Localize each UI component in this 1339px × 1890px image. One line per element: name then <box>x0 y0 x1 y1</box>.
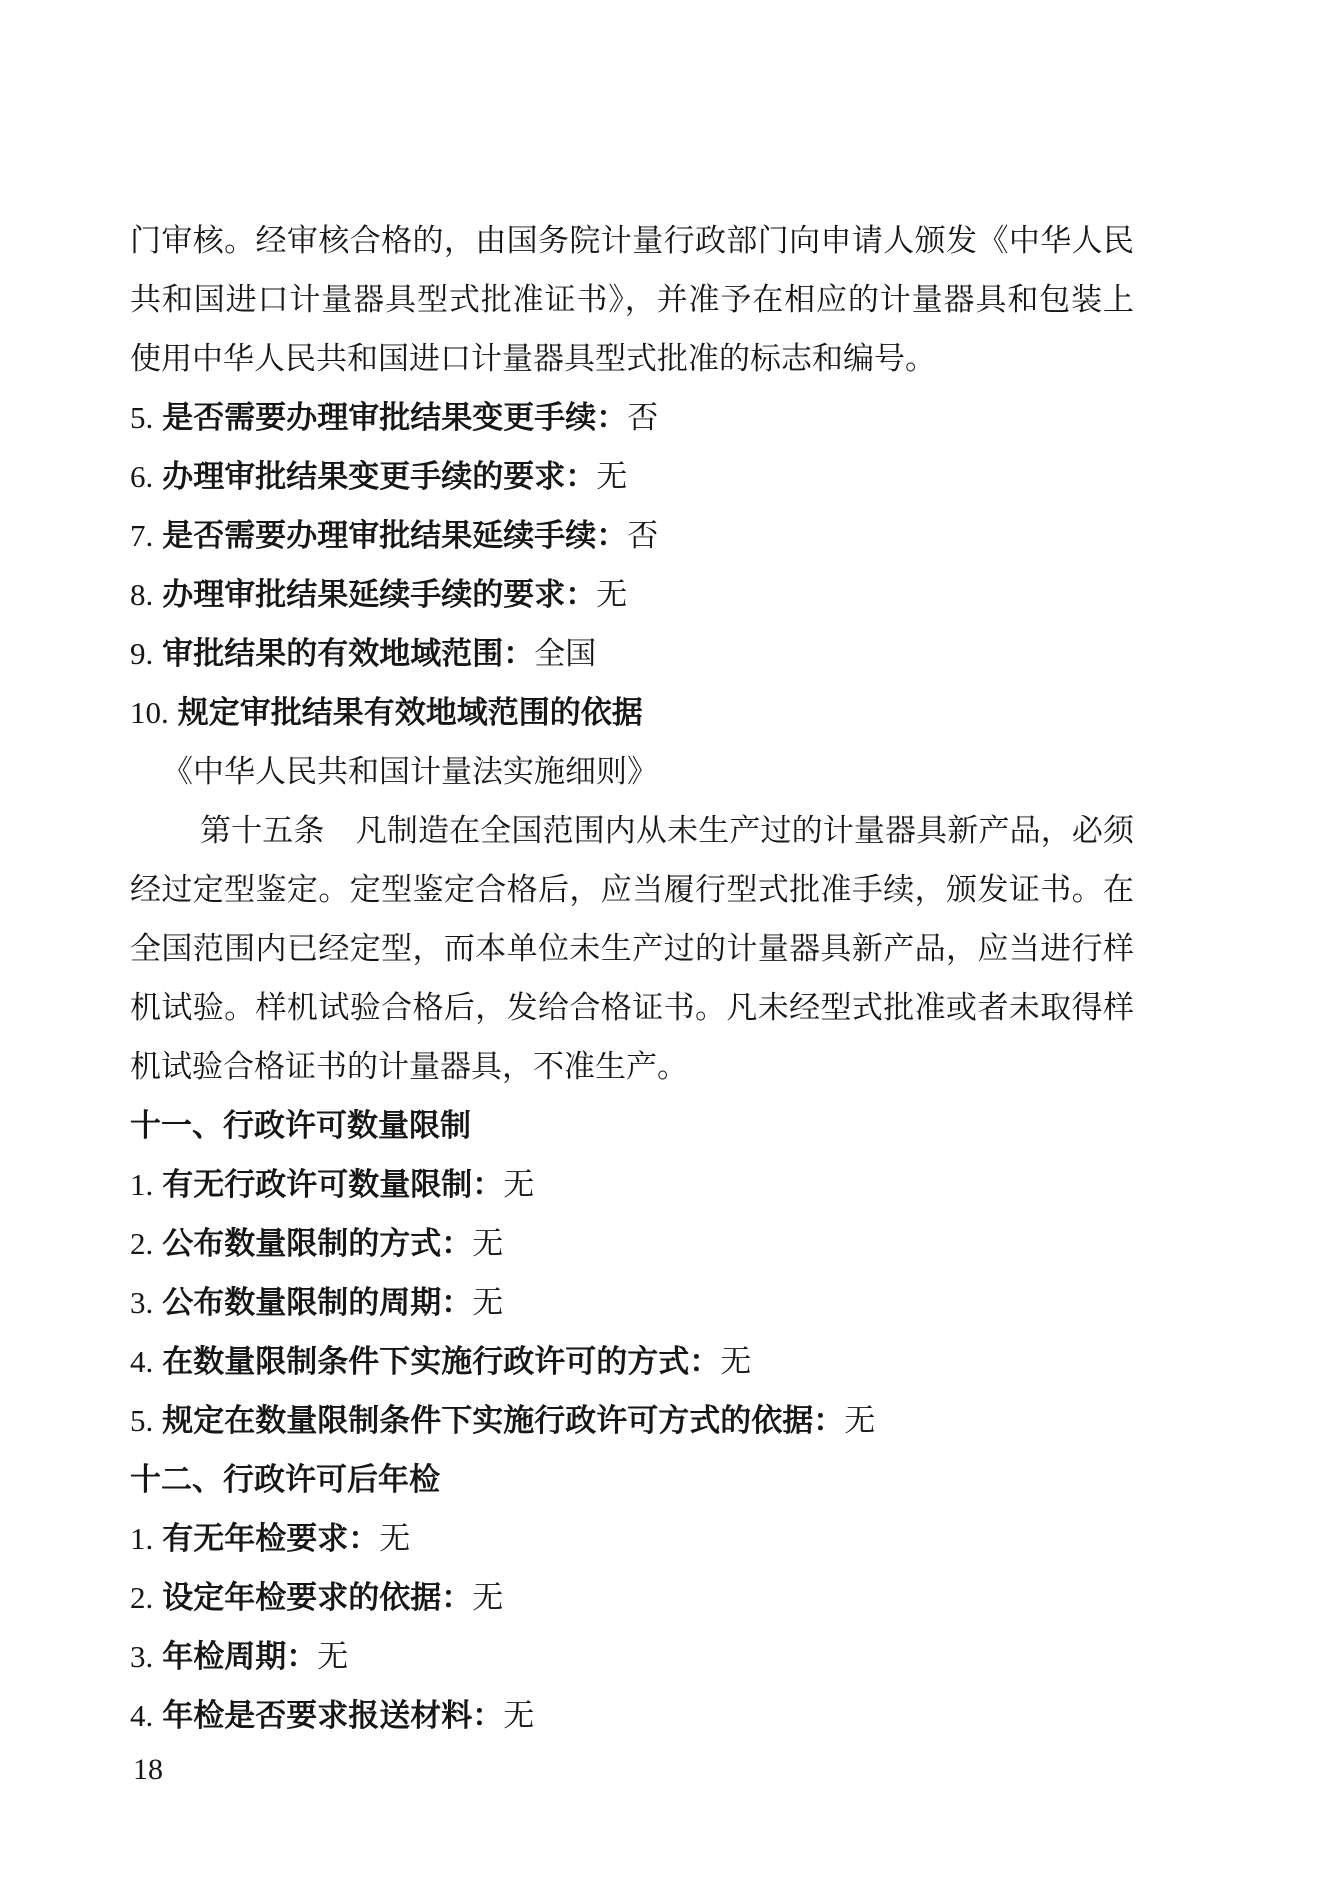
item-number: 2. <box>130 1580 153 1615</box>
item-value: 无 <box>472 1226 503 1261</box>
approval-item-6: 6.办理审批结果变更手续的要求：无 <box>130 447 1134 506</box>
paragraph-continuation: 门审核。经审核合格的，由国务院计量行政部门向申请人颁发《中华人民共和国进口计量器… <box>130 211 1134 388</box>
item-number: 6. <box>130 459 153 494</box>
page-number: 18 <box>133 1752 163 1788</box>
item-label: 公布数量限制的周期： <box>162 1285 472 1320</box>
paragraph-article-15: 第十五条 凡制造在全国范围内从未生产过的计量器具新产品，必须经过定型鉴定。定型鉴… <box>130 801 1134 1096</box>
item-label: 设定年检要求的依据： <box>162 1580 472 1615</box>
item-label: 审批结果的有效地域范围： <box>162 636 534 671</box>
approval-item-9: 9.审批结果的有效地域范围：全国 <box>130 624 1134 683</box>
item-label: 是否需要办理审批结果延续手续： <box>162 518 627 553</box>
item-value: 无 <box>596 577 627 612</box>
item-value: 无 <box>317 1639 348 1674</box>
item-value: 否 <box>627 400 658 435</box>
item-label: 规定在数量限制条件下实施行政许可方式的依据： <box>162 1403 844 1438</box>
item-label: 年检是否要求报送材料： <box>162 1698 503 1733</box>
item-value: 全国 <box>534 636 596 671</box>
inspection-item-3: 3.年检周期：无 <box>130 1627 1134 1686</box>
item-label: 办理审批结果变更手续的要求： <box>162 459 596 494</box>
item-value: 无 <box>472 1285 503 1320</box>
item-number: 2. <box>130 1226 153 1261</box>
item-number: 4. <box>130 1698 153 1733</box>
item-number: 5. <box>130 400 153 435</box>
item-label: 公布数量限制的方式： <box>162 1226 472 1261</box>
item-value: 无 <box>596 459 627 494</box>
item-number: 10. <box>130 695 169 730</box>
item-value: 无 <box>720 1344 751 1379</box>
item-value: 无 <box>844 1403 875 1438</box>
item-label: 有无年检要求： <box>162 1521 379 1556</box>
item-number: 3. <box>130 1285 153 1320</box>
page-content: 门审核。经审核合格的，由国务院计量行政部门向申请人颁发《中华人民共和国进口计量器… <box>130 211 1134 1745</box>
item-number: 9. <box>130 636 153 671</box>
approval-item-8: 8.办理审批结果延续手续的要求：无 <box>130 565 1134 624</box>
inspection-item-1: 1.有无年检要求：无 <box>130 1509 1134 1568</box>
inspection-item-2: 2.设定年检要求的依据：无 <box>130 1568 1134 1627</box>
document-page: 门审核。经审核合格的，由国务院计量行政部门向申请人颁发《中华人民共和国进口计量器… <box>0 0 1339 1890</box>
item-number: 8. <box>130 577 153 612</box>
approval-item-10: 10.规定审批结果有效地域范围的依据 <box>130 683 1134 742</box>
item-value: 无 <box>503 1167 534 1202</box>
item-label: 是否需要办理审批结果变更手续： <box>162 400 627 435</box>
item-number: 5. <box>130 1403 153 1438</box>
item-label: 在数量限制条件下实施行政许可的方式： <box>162 1344 720 1379</box>
item-value: 无 <box>503 1698 534 1733</box>
item-number: 3. <box>130 1639 153 1674</box>
item-label: 有无行政许可数量限制： <box>162 1167 503 1202</box>
item-value: 否 <box>627 518 658 553</box>
citation-title: 《中华人民共和国计量法实施细则》 <box>130 742 1134 801</box>
inspection-item-4: 4.年检是否要求报送材料：无 <box>130 1686 1134 1745</box>
item-number: 4. <box>130 1344 153 1379</box>
item-value: 无 <box>379 1521 410 1556</box>
item-number: 1. <box>130 1521 153 1556</box>
approval-item-5: 5.是否需要办理审批结果变更手续：否 <box>130 388 1134 447</box>
item-number: 7. <box>130 518 153 553</box>
quantity-item-2: 2.公布数量限制的方式：无 <box>130 1214 1134 1273</box>
item-number: 1. <box>130 1167 153 1202</box>
quantity-item-3: 3.公布数量限制的周期：无 <box>130 1273 1134 1332</box>
approval-item-7: 7.是否需要办理审批结果延续手续：否 <box>130 506 1134 565</box>
item-value: 无 <box>472 1580 503 1615</box>
quantity-item-1: 1.有无行政许可数量限制：无 <box>130 1155 1134 1214</box>
section-heading-11: 十一、行政许可数量限制 <box>130 1096 1134 1155</box>
item-label: 年检周期： <box>162 1639 317 1674</box>
quantity-item-4: 4.在数量限制条件下实施行政许可的方式：无 <box>130 1332 1134 1391</box>
item-label: 规定审批结果有效地域范围的依据 <box>178 695 643 730</box>
quantity-item-5: 5.规定在数量限制条件下实施行政许可方式的依据：无 <box>130 1391 1134 1450</box>
item-label: 办理审批结果延续手续的要求： <box>162 577 596 612</box>
section-heading-12: 十二、行政许可后年检 <box>130 1450 1134 1509</box>
